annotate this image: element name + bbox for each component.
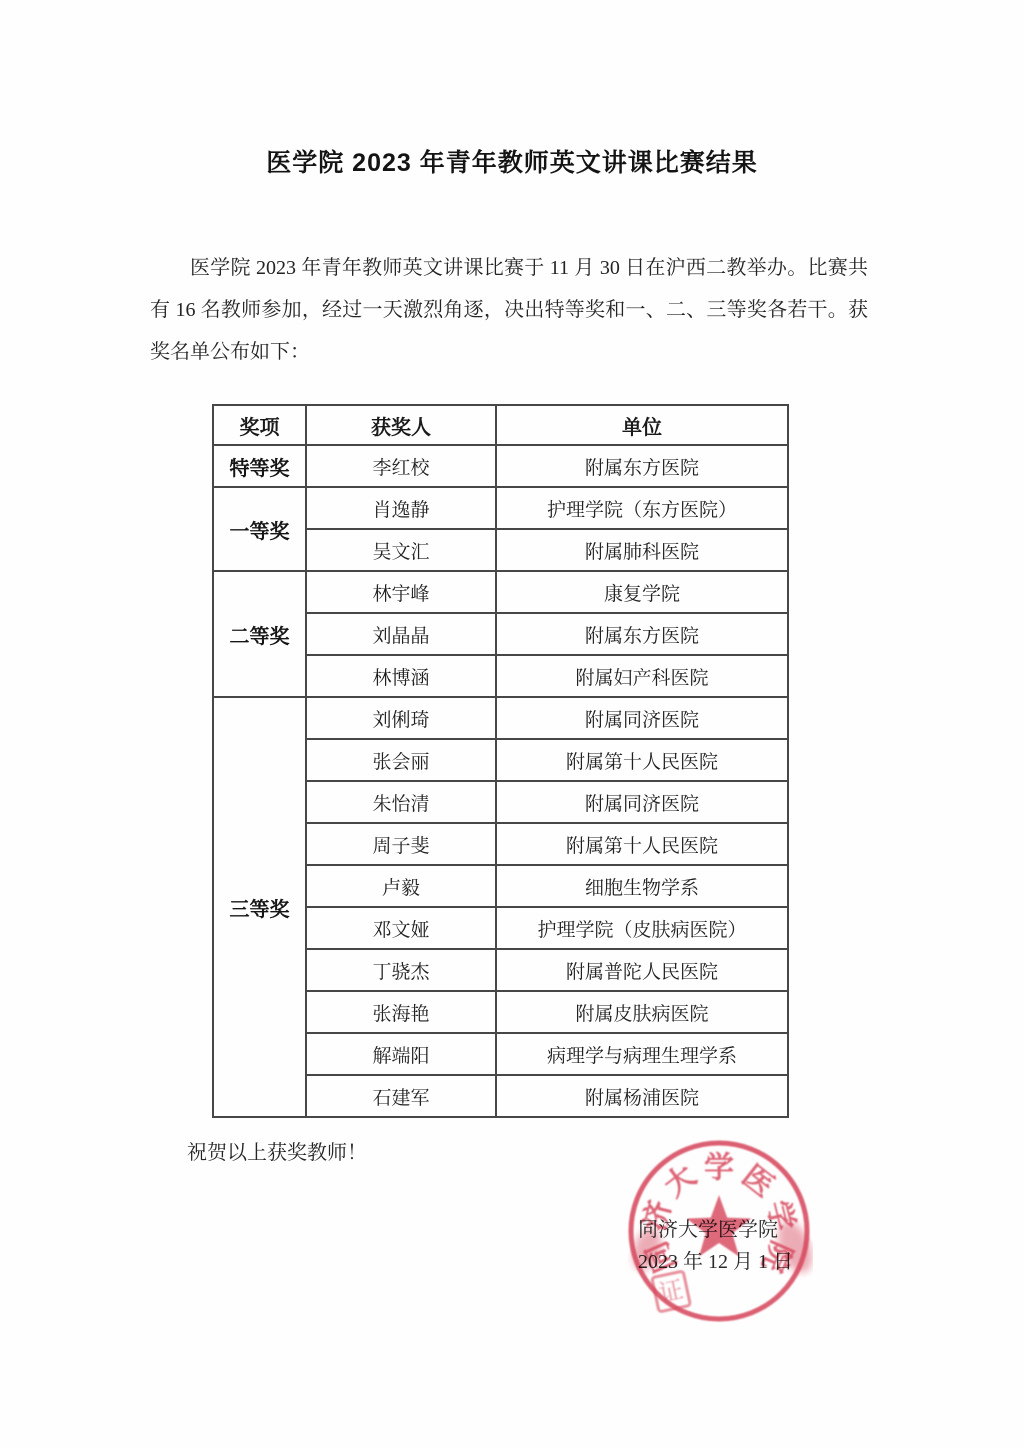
winner-row: 三等奖刘俐琦附属同济医院: [213, 697, 788, 739]
winner-unit-cell: 附属同济医院: [496, 697, 788, 739]
document-title: 医学院 2023 年青年教师英文讲课比赛结果: [0, 143, 1024, 179]
winner-name-cell: 刘晶晶: [306, 613, 496, 655]
intro-paragraph: 医学院 2023 年青年教师英文讲课比赛于 11 月 30 日在沪西二教举办。比…: [150, 247, 868, 373]
seal-boxed-character: 证: [657, 1276, 686, 1307]
winner-unit-cell: 附属皮肤病医院: [496, 991, 788, 1033]
winner-row: 一等奖肖逸静护理学院（东方医院）: [213, 487, 788, 529]
winner-unit-cell: 附属普陀人民医院: [496, 949, 788, 991]
signature-block: 同济大学医学院 2023 年 12 月 1 日: [638, 1214, 793, 1278]
winner-unit-cell: 附属妇产科医院: [496, 655, 788, 697]
winner-unit-cell: 康复学院: [496, 571, 788, 613]
winner-name-cell: 李红校: [306, 445, 496, 487]
award-level-cell: 二等奖: [213, 571, 306, 697]
seal-arc-character: 大: [658, 1159, 702, 1203]
winner-row: 特等奖李红校附属东方医院: [213, 445, 788, 487]
winner-name-cell: 朱怡清: [306, 781, 496, 823]
winner-name-cell: 林宇峰: [306, 571, 496, 613]
winner-name-cell: 吴文汇: [306, 529, 496, 571]
winner-row: 二等奖林宇峰康复学院: [213, 571, 788, 613]
congratulations-line: 祝贺以上获奖教师！: [187, 1136, 367, 1165]
winner-name-cell: 邓文娅: [306, 907, 496, 949]
winner-unit-cell: 护理学院（皮肤病医院）: [496, 907, 788, 949]
winner-name-cell: 张会丽: [306, 739, 496, 781]
seal-arc-character: 学: [704, 1152, 734, 1185]
signature-organization: 同济大学医学院: [638, 1214, 793, 1246]
winner-unit-cell: 附属同济医院: [496, 781, 788, 823]
winner-unit-cell: 细胞生物学系: [496, 865, 788, 907]
table-header-row: 奖项获奖人单位: [213, 405, 788, 445]
winner-name-cell: 张海艳: [306, 991, 496, 1033]
winner-unit-cell: 附属杨浦医院: [496, 1075, 788, 1117]
seal-arc-character: 医: [736, 1159, 780, 1203]
awards-table-body: 特等奖李红校附属东方医院一等奖肖逸静护理学院（东方医院）吴文汇附属肺科医院二等奖…: [213, 445, 788, 1117]
winner-unit-cell: 附属东方医院: [496, 613, 788, 655]
winner-name-cell: 石建军: [306, 1075, 496, 1117]
award-level-cell: 一等奖: [213, 487, 306, 571]
winner-name-cell: 刘俐琦: [306, 697, 496, 739]
signature-date: 2023 年 12 月 1 日: [638, 1246, 793, 1278]
winner-unit-cell: 附属第十人民医院: [496, 739, 788, 781]
winner-name-cell: 解端阳: [306, 1033, 496, 1075]
award-level-cell: 特等奖: [213, 445, 306, 487]
winner-unit-cell: 附属第十人民医院: [496, 823, 788, 865]
table-header-cell: 奖项: [213, 405, 306, 445]
awards-table-head: 奖项获奖人单位: [213, 405, 788, 445]
award-level-cell: 三等奖: [213, 697, 306, 1117]
winner-unit-cell: 附属肺科医院: [496, 529, 788, 571]
winner-name-cell: 丁骁杰: [306, 949, 496, 991]
winner-name-cell: 周子斐: [306, 823, 496, 865]
winner-name-cell: 肖逸静: [306, 487, 496, 529]
winner-unit-cell: 护理学院（东方医院）: [496, 487, 788, 529]
winner-unit-cell: 附属东方医院: [496, 445, 788, 487]
document-page: 医学院 2023 年青年教师英文讲课比赛结果 医学院 2023 年青年教师英文讲…: [0, 0, 1024, 1448]
table-header-cell: 单位: [496, 405, 788, 445]
winner-unit-cell: 病理学与病理生理学系: [496, 1033, 788, 1075]
table-header-cell: 获奖人: [306, 405, 496, 445]
winner-name-cell: 林博涵: [306, 655, 496, 697]
awards-table: 奖项获奖人单位 特等奖李红校附属东方医院一等奖肖逸静护理学院（东方医院）吴文汇附…: [212, 404, 789, 1118]
winner-name-cell: 卢毅: [306, 865, 496, 907]
